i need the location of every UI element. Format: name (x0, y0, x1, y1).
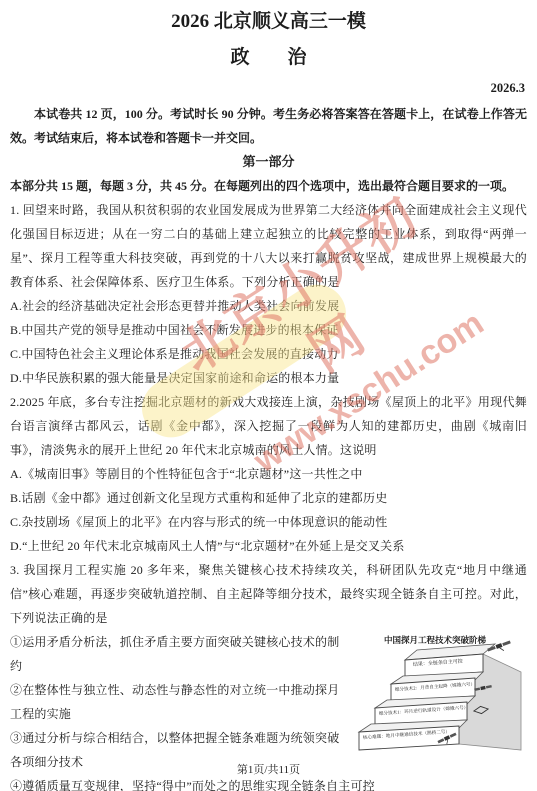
question-1: 1. 回望来时路，我国从积贫积弱的农业国发展成为世界第二大经济体并向全面建成社会… (10, 198, 527, 390)
question-1-option-d: D.中华民族积累的强大能量是决定国家前途和命运的根本力量 (10, 366, 527, 390)
diagram-title: 中国探月工程技术突破阶梯 (384, 635, 487, 645)
question-1-option-a: A.社会的经济基础决定社会形态更替并推动人类社会向前发展 (10, 294, 527, 318)
question-2-option-c: C.杂技剧场《屋顶上的北平》在内容与形式的统一中体现意识的能动性 (10, 510, 527, 534)
exam-page: 北京小升初网 www.xschu.com 2026 北京顺义高三一模 政 治 2… (0, 0, 537, 791)
exam-instructions-paragraph: 本试卷共 12 页，100 分。考试时长 90 分钟。考生务必将答案答在答题卡上… (10, 102, 527, 150)
exam-title: 2026 北京顺义高三一模 (10, 0, 527, 34)
question-3: 3. 我国探月工程实施 20 多年来，聚焦关键核心技术持续攻关，科研团队先攻克“… (10, 558, 527, 791)
section-heading: 第一部分 (10, 150, 527, 174)
question-3-stem: 3. 我国探月工程实施 20 多年来，聚焦关键核心技术持续攻关，科研团队先攻克“… (10, 558, 527, 630)
subject-title: 政 治 (10, 46, 527, 70)
question-2-option-d: D.“上世纪 20 年代末北京城南风土人情”与“北京题材”在外延上是交叉关系 (10, 534, 527, 558)
question-2-option-a: A.《城南旧事》等剧目的个性特征包含于“北京题材”这一共性之中 (10, 462, 527, 486)
question-1-option-b: B.中国共产党的领导是推动中国社会不断发展进步的根本保证 (10, 318, 527, 342)
lunar-program-staircase-diagram: 中国探月工程技术突破阶梯 结果：全链条自主可控 细分技术2：月背自主起降（嫦娥六… (355, 632, 527, 750)
exam-date: 2026.3 (10, 80, 527, 96)
question-1-option-c: C.中国特色社会主义理论体系是推动我国社会发展的直接动力 (10, 342, 527, 366)
section-instructions: 本部分共 15 题，每题 3 分，共 45 分。在每题列出的四个选项中，选出最符… (10, 174, 527, 198)
question-1-stem: 1. 回望来时路，我国从积贫积弱的农业国发展成为世界第二大经济体并向全面建成社会… (10, 198, 527, 294)
question-2-stem: 2.2025 年底，多台专注挖掘北京题材的新戏大戏接连上演，杂技剧场《屋顶上的北… (10, 390, 527, 462)
question-2: 2.2025 年底，多台专注挖掘北京题材的新戏大戏接连上演，杂技剧场《屋顶上的北… (10, 390, 527, 558)
satellite-icon-top (487, 640, 512, 656)
question-2-option-b: B.话剧《金中都》通过创新文化呈现方式重构和延伸了北京的建都历史 (10, 486, 527, 510)
